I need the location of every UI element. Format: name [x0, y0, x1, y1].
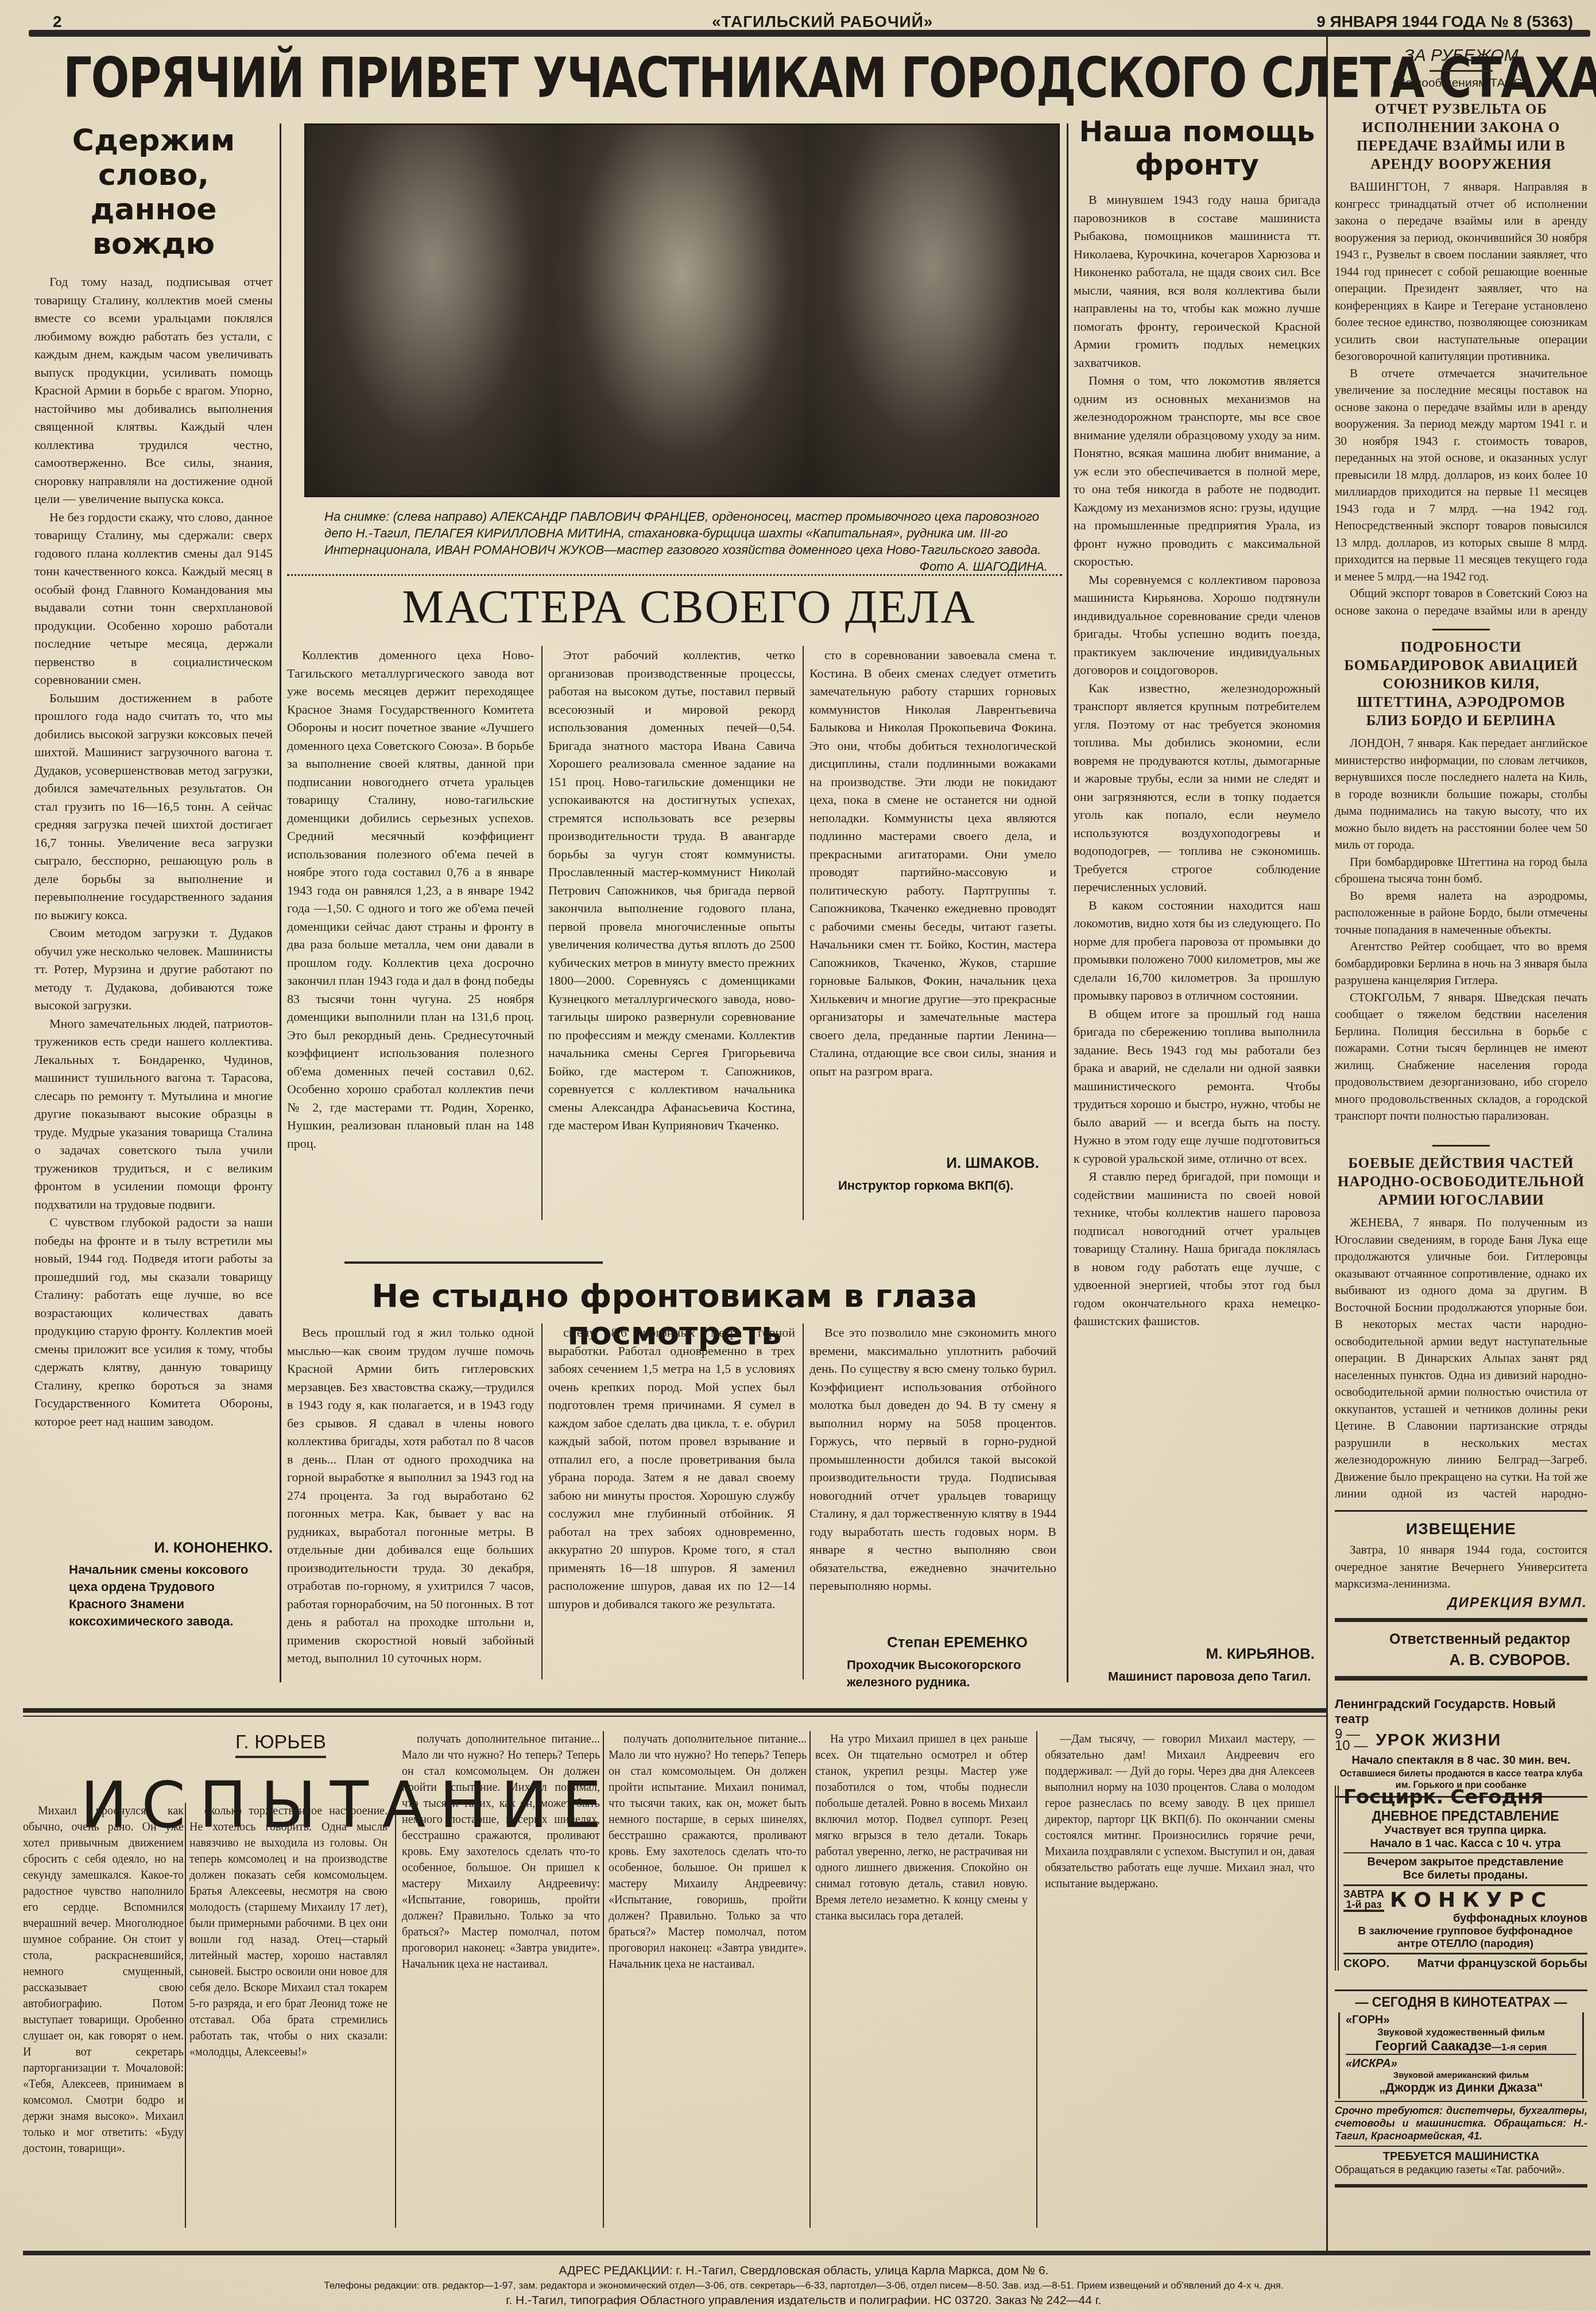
article-body: В минувшем 1943 году наша бригада парово… — [1074, 191, 1320, 1615]
column-divider — [1326, 36, 1328, 2252]
separator-rule — [1430, 70, 1493, 72]
article-title: Сдержим слово, данное вождю — [34, 123, 273, 261]
column-divider — [603, 1731, 604, 2228]
newspaper-name: «ТАГИЛЬСКИЙ РАБОЧИЙ» — [712, 13, 933, 31]
serial-col1: Михаил проснулся, как обычно, очень рано… — [23, 1803, 184, 2228]
article-help-front: Наша помощь фронту В минувшем 1943 году … — [1074, 115, 1320, 1615]
article-title: МАСТЕРА СВОЕГО ДЕЛА — [321, 580, 1056, 634]
typist-ad-title: ТРЕБУЕТСЯ МАШИНИСТКА — [1335, 2150, 1587, 2163]
cinema-venue: «ИСКРА» — [1346, 2057, 1576, 2070]
column-divider — [1067, 123, 1068, 1682]
abroad-section: ЗА РУБЕЖОМ (По сообщениям ТАСС). ОТЧЕТ Р… — [1335, 46, 1587, 1501]
performance-date: 10 — — [1335, 1740, 1368, 1752]
column-divider — [809, 1731, 811, 2228]
photo-credit: Фото А. ШАГОДИНА. — [324, 558, 1048, 575]
story-title: ОТЧЕТ РУЗВЕЛЬТА ОБ ИСПОЛНЕНИИ ЗАКОНА О П… — [1335, 100, 1587, 174]
theatre-name: Ленинградский Государств. Новый театр — [1335, 1697, 1587, 1727]
column-divider — [395, 1803, 396, 2228]
column-divider — [185, 1803, 186, 2228]
notice-title: ИЗВЕЩЕНИЕ — [1335, 1520, 1587, 1538]
cinema-venue: «ГОРН» — [1346, 2014, 1576, 2027]
article-signature-role: Начальник смены коксового цеха ордена Тр… — [69, 1561, 273, 1630]
column-divider — [541, 646, 543, 1220]
article-signature: Степан ЕРЕМЕНКО — [809, 1633, 1028, 1651]
notice: ИЗВЕЩЕНИЕ Завтра, 10 января 1944 года, с… — [1335, 1510, 1587, 1681]
article-keep-word: Сдержим слово, данное вождю Год тому наз… — [34, 123, 273, 1630]
footer: АДРЕС РЕДАКЦИИ: г. Н.-Тагил, Свердловска… — [172, 2263, 1435, 2308]
portrait-mitina-icon — [553, 125, 811, 496]
article-body: Год тому назад, подписывая отчет товарищ… — [34, 273, 273, 1533]
editorial-address: АДРЕС РЕДАКЦИИ: г. Н.-Тагил, Свердловска… — [172, 2263, 1435, 2278]
printer-info: г. Н.-Тагил, типография Областного управ… — [172, 2293, 1435, 2308]
separator-rule — [344, 1261, 603, 1264]
circus-ad: Госцирк. Сегодня ДНЕВНОЕ ПРЕДСТАВЛЕНИЕ У… — [1335, 1786, 1587, 1971]
typist-ad-text: Обращаться в редакцию газеты «Таг. рабоч… — [1335, 2163, 1587, 2176]
issue-date: 9 ЯНВАРЯ 1944 ГОДА № 8 (5363) — [1316, 13, 1573, 31]
portrait-photo — [304, 123, 1060, 497]
article-not-ashamed-col1: Весь прошлый год я жил только одной мысл… — [287, 1323, 534, 1674]
cinema-heading: — СЕГОДНЯ В КИНОТЕАТРАХ — — [1335, 1995, 1587, 2010]
serial-col6: —Дам тысячу, — говорил Михаил мастеру, —… — [1045, 1731, 1315, 2228]
footer-rule — [23, 2251, 1590, 2255]
section-rule — [23, 1716, 1326, 1717]
section-source: (По сообщениям ТАСС). — [1335, 76, 1587, 90]
notice-text: Завтра, 10 января 1944 года, состоится о… — [1335, 1542, 1587, 1593]
film-title: „Джордж из Динки Джаза“ — [1346, 2080, 1576, 2095]
serial-author: Г. ЮРЬЕВ — [235, 1731, 326, 1758]
performance-start: Начало спектакля в 8 час. 30 мин. веч. — [1335, 1754, 1587, 1767]
article-signature: М. КИРЬЯНОВ. — [1074, 1645, 1315, 1663]
column-divider — [541, 1323, 543, 1679]
circus-subtitle: ДНЕВНОЕ ПРЕДСТАВЛЕНИЕ — [1343, 1809, 1587, 1824]
play-title: УРОК ЖИЗНИ — [1376, 1731, 1501, 1750]
cinema-ad: — СЕГОДНЯ В КИНОТЕАТРАХ — «ГОРН» Звуково… — [1335, 1989, 1587, 2188]
editor-name: А. В. СУВОРОВ. — [1335, 1651, 1587, 1669]
article-masters-col3: сто в соревновании завоевала смена т. Ко… — [809, 646, 1056, 1145]
film-title: Георгий Саакадзе — [1375, 2038, 1492, 2053]
separator-rule — [1335, 1618, 1587, 1622]
photo-caption: На снимке: (слева направо) АЛЕКСАНДР ПАВ… — [324, 508, 1048, 575]
top-rule — [29, 30, 1590, 37]
serial-col2: сколько торжественное настроение. Не хот… — [189, 1803, 388, 2228]
section-title: ЗА РУБЕЖОМ — [1335, 46, 1587, 65]
article-signature-role: Машинист паровоза депо Тагил. — [1108, 1668, 1311, 1685]
article-signature: И. КОНОНЕНКО. — [34, 1539, 273, 1557]
job-ad: Срочно требуются: диспетчеры, бухгалтеры… — [1335, 2104, 1587, 2142]
wavy-rule — [287, 574, 1062, 578]
article-title: Наша помощь фронту — [1074, 115, 1320, 181]
column-divider — [803, 646, 804, 1220]
article-masters-col2: Этот рабочий коллектив, четко организова… — [548, 646, 795, 1220]
theatre-ad: Ленинградский Государств. Новый театр 9 … — [1335, 1697, 1587, 1798]
column-divider — [280, 123, 281, 1682]
serial-col5: На утро Михаил пришел в цех раньше всех.… — [815, 1731, 1028, 2228]
story-body: ЛОНДОН, 7 января. Как передает английско… — [1335, 735, 1587, 1137]
article-not-ashamed-col2: смену 8,6 погонных метра горной выработк… — [548, 1323, 795, 1674]
serial-col3: получать дополнительное питание... Мало … — [402, 1731, 600, 2228]
notice-signature: ДИРЕКЦИЯ ВУМЛ. — [1335, 1595, 1587, 1611]
editorial-phones: Телефоны редакции: отв. редактор—1-97, з… — [172, 2278, 1435, 2293]
article-masters-col1: Коллектив доменного цеха Ново-Тагильског… — [287, 646, 534, 1220]
portrait-frantsev-icon — [306, 125, 559, 496]
story-title: ПОДРОБНОСТИ БОМБАРДИРОВОК АВИАЦИЕЙ СОЮЗН… — [1335, 638, 1587, 730]
article-signature-role: Инструктор горкома ВКП(б). — [838, 1177, 1013, 1194]
article-signature-role: Проходчик Высокогорского железного рудни… — [847, 1656, 1053, 1691]
article-signature: И. ШМАКОВ. — [809, 1154, 1039, 1172]
banner-headline: ГОРЯЧИЙ ПРИВЕТ УЧАСТНИКАМ ГОРОДСКОГО СЛЕ… — [63, 46, 1037, 110]
serial-col4: получать дополнительное питание... Мало … — [609, 1731, 807, 2228]
story-title: БОЕВЫЕ ДЕЙСТВИЯ ЧАСТЕЙ НАРОДНО-ОСВОБОДИТ… — [1335, 1155, 1587, 1210]
separator-rule — [1432, 1145, 1490, 1147]
article-not-ashamed-col3: Все это позволило мне сэкономить много в… — [809, 1323, 1056, 1599]
editor-label: Ответственный редактор — [1335, 1631, 1587, 1648]
story-body: ВАШИНГТОН, 7 января. Направляя в конгрес… — [1335, 179, 1587, 621]
separator-rule — [1432, 629, 1490, 630]
column-divider — [1036, 1731, 1037, 2228]
separator-rule — [1335, 1676, 1587, 1681]
page-number: 2 — [53, 13, 62, 31]
column-divider — [803, 1323, 804, 1679]
section-rule — [23, 1708, 1326, 1713]
circus-title: Госцирк. Сегодня — [1343, 1786, 1543, 1809]
portrait-zhukov-icon — [805, 125, 1058, 496]
story-body: ЖЕНЕВА, 7 января. По полученным из Югосл… — [1335, 1214, 1587, 1501]
separator-rule — [1335, 1510, 1587, 1512]
contest-title: КОНКУРС — [1390, 1888, 1553, 1912]
